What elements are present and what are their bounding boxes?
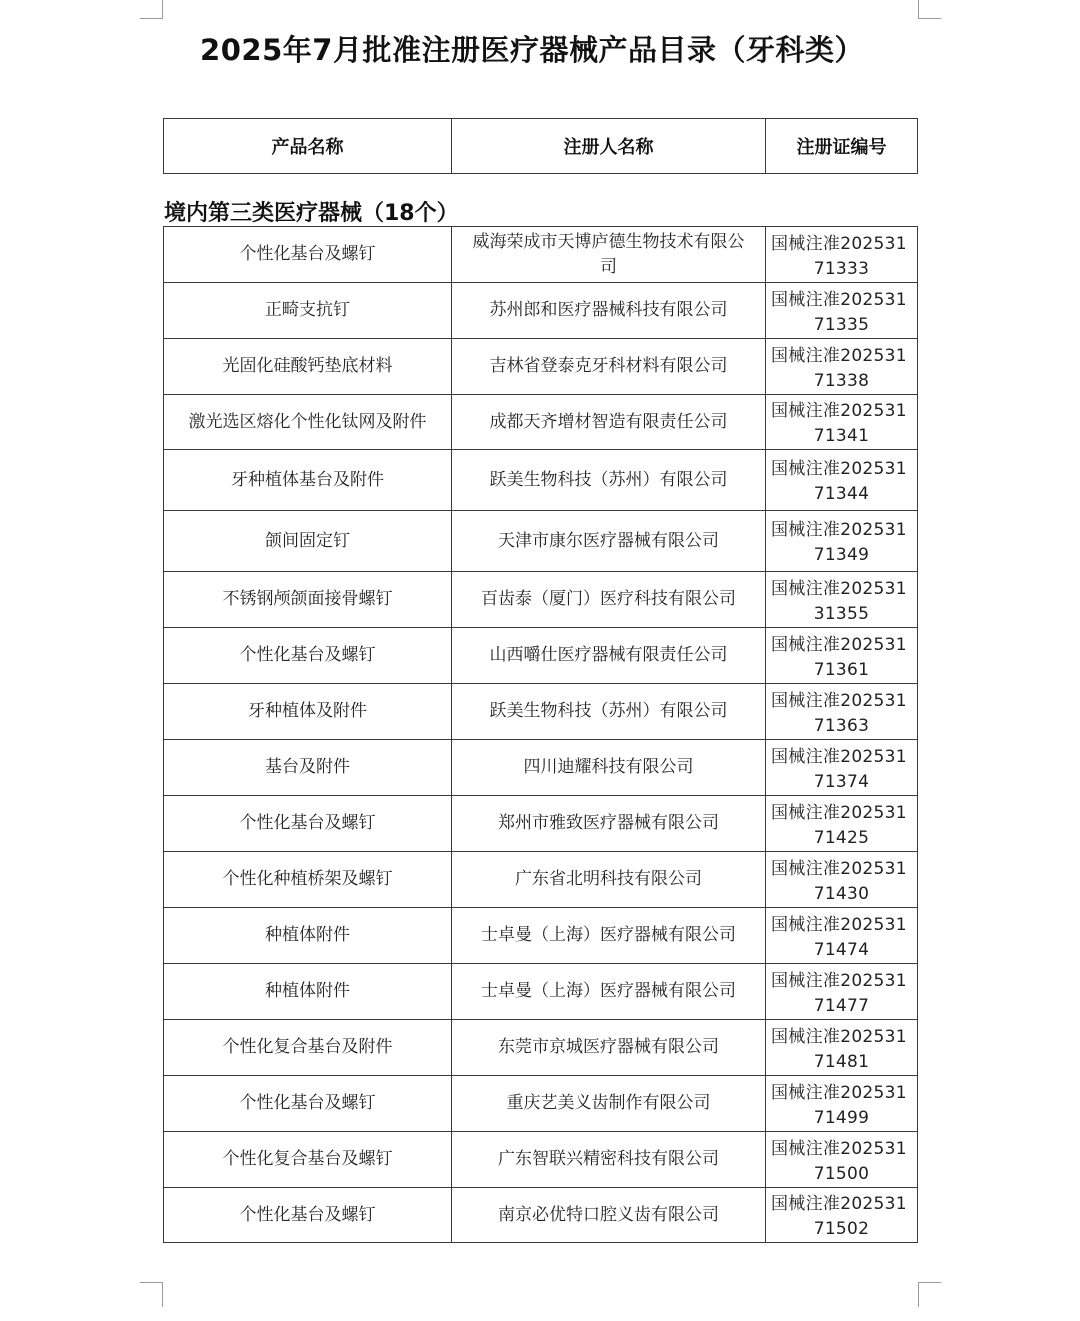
table-row: 个性化种植桥架及螺钉广东省北明科技有限公司国械注准20253171430: [164, 852, 918, 908]
column-header-row: 产品名称 注册人名称 注册证编号: [164, 119, 918, 174]
certificate-number-suffix: 71349: [768, 543, 915, 568]
certificate-number-cell: 国械注准20253171430: [766, 852, 918, 908]
table-row: 牙种植体基台及附件跃美生物科技（苏州）有限公司国械注准20253171344: [164, 450, 918, 511]
certificate-number-cell: 国械注准20253171481: [766, 1020, 918, 1076]
column-header-certificate-number: 注册证编号: [766, 119, 918, 174]
certificate-number-suffix: 71361: [768, 658, 915, 683]
document-title: 2025年7月批准注册医疗器械产品目录（牙科类）: [0, 28, 1064, 69]
certificate-number-suffix: 71502: [768, 1217, 915, 1242]
certificate-number-cell: 国械注准20253171344: [766, 450, 918, 511]
registrant-name-cell: 威海荣成市天博庐德生物技术有限公司: [452, 227, 766, 283]
product-name-cell: 光固化硅酸钙垫底材料: [164, 339, 452, 395]
table-row: 种植体附件士卓曼（上海）医疗器械有限公司国械注准20253171477: [164, 964, 918, 1020]
product-name-cell: 激光选区熔化个性化钛网及附件: [164, 395, 452, 450]
certificate-number-prefix: 国械注准202531: [768, 1081, 915, 1106]
page-corner-mark-bottom-right: [918, 1282, 941, 1307]
certificate-number-suffix: 71425: [768, 826, 915, 851]
table-row: 颌间固定钉天津市康尔医疗器械有限公司国械注准20253171349: [164, 511, 918, 572]
certificate-number-cell: 国械注准20253171499: [766, 1076, 918, 1132]
registrant-name-cell: 天津市康尔医疗器械有限公司: [452, 511, 766, 572]
certificate-number-suffix: 71363: [768, 714, 915, 739]
certificate-number-suffix: 71374: [768, 770, 915, 795]
product-name-cell: 牙种植体基台及附件: [164, 450, 452, 511]
table-row: 个性化基台及螺钉南京必优特口腔义齿有限公司国械注准20253171502: [164, 1188, 918, 1243]
certificate-number-prefix: 国械注准202531: [768, 1192, 915, 1217]
table-row: 个性化基台及螺钉威海荣成市天博庐德生物技术有限公司国械注准20253171333: [164, 227, 918, 283]
product-name-cell: 颌间固定钉: [164, 511, 452, 572]
certificate-number-suffix: 71500: [768, 1162, 915, 1187]
table-row: 个性化基台及螺钉重庆艺美义齿制作有限公司国械注准20253171499: [164, 1076, 918, 1132]
table-row: 激光选区熔化个性化钛网及附件成都天齐增材智造有限责任公司国械注准20253171…: [164, 395, 918, 450]
registrant-name-cell: 苏州郎和医疗器械科技有限公司: [452, 283, 766, 339]
registrant-name-cell: 跃美生物科技（苏州）有限公司: [452, 684, 766, 740]
registrant-name-cell: 南京必优特口腔义齿有限公司: [452, 1188, 766, 1243]
section-title: 境内第三类医疗器械（18个）: [164, 196, 459, 227]
column-header-product-name: 产品名称: [164, 119, 452, 174]
table-row: 不锈钢颅颌面接骨螺钉百齿泰（厦门）医疗科技有限公司国械注准20253131355: [164, 572, 918, 628]
certificate-number-suffix: 71474: [768, 938, 915, 963]
certificate-number-prefix: 国械注准202531: [768, 801, 915, 826]
table-row: 个性化复合基台及螺钉广东智联兴精密科技有限公司国械注准20253171500: [164, 1132, 918, 1188]
certificate-number-cell: 国械注准20253171341: [766, 395, 918, 450]
registrant-name-cell: 士卓曼（上海）医疗器械有限公司: [452, 908, 766, 964]
product-name-cell: 个性化基台及螺钉: [164, 1076, 452, 1132]
registrant-name-cell: 郑州市雅致医疗器械有限公司: [452, 796, 766, 852]
certificate-number-cell: 国械注准20253171477: [766, 964, 918, 1020]
table-row: 正畸支抗钉苏州郎和医疗器械科技有限公司国械注准20253171335: [164, 283, 918, 339]
certificate-number-prefix: 国械注准202531: [768, 518, 915, 543]
certificate-number-prefix: 国械注准202531: [768, 457, 915, 482]
certificate-number-cell: 国械注准20253171335: [766, 283, 918, 339]
certificate-number-suffix: 71481: [768, 1050, 915, 1075]
certificate-number-prefix: 国械注准202531: [768, 399, 915, 424]
certificate-number-prefix: 国械注准202531: [768, 288, 915, 313]
registrant-name-cell: 广东智联兴精密科技有限公司: [452, 1132, 766, 1188]
product-name-cell: 牙种植体及附件: [164, 684, 452, 740]
certificate-number-suffix: 71430: [768, 882, 915, 907]
certificate-number-suffix: 71333: [768, 257, 915, 282]
certificate-number-prefix: 国械注准202531: [768, 969, 915, 994]
certificate-number-cell: 国械注准20253171500: [766, 1132, 918, 1188]
page-corner-mark-top-right: [918, 0, 941, 19]
product-name-cell: 正畸支抗钉: [164, 283, 452, 339]
registrant-name-cell: 成都天齐增材智造有限责任公司: [452, 395, 766, 450]
registrant-name-cell: 士卓曼（上海）医疗器械有限公司: [452, 964, 766, 1020]
registrant-name-cell: 广东省北明科技有限公司: [452, 852, 766, 908]
certificate-number-cell: 国械注准20253171333: [766, 227, 918, 283]
registrant-name-cell: 百齿泰（厦门）医疗科技有限公司: [452, 572, 766, 628]
certificate-number-cell: 国械注准20253171474: [766, 908, 918, 964]
product-name-cell: 个性化复合基台及螺钉: [164, 1132, 452, 1188]
product-name-cell: 个性化复合基台及附件: [164, 1020, 452, 1076]
certificate-number-cell: 国械注准20253171349: [766, 511, 918, 572]
registrant-name-cell: 东莞市京城医疗器械有限公司: [452, 1020, 766, 1076]
registrant-name-cell: 吉林省登泰克牙科材料有限公司: [452, 339, 766, 395]
certificate-number-prefix: 国械注准202531: [768, 232, 915, 257]
table-row: 个性化复合基台及附件东莞市京城医疗器械有限公司国械注准20253171481: [164, 1020, 918, 1076]
certificate-number-prefix: 国械注准202531: [768, 745, 915, 770]
registrant-name-cell: 山西嚼仕医疗器械有限责任公司: [452, 628, 766, 684]
product-name-cell: 个性化基台及螺钉: [164, 1188, 452, 1243]
device-list-body: 个性化基台及螺钉威海荣成市天博庐德生物技术有限公司国械注准20253171333…: [164, 227, 918, 1243]
product-name-cell: 个性化基台及螺钉: [164, 227, 452, 283]
certificate-number-prefix: 国械注准202531: [768, 1025, 915, 1050]
registrant-name-cell: 跃美生物科技（苏州）有限公司: [452, 450, 766, 511]
certificate-number-prefix: 国械注准202531: [768, 1137, 915, 1162]
device-list-table: 个性化基台及螺钉威海荣成市天博庐德生物技术有限公司国械注准20253171333…: [163, 226, 918, 1243]
certificate-number-suffix: 71499: [768, 1106, 915, 1131]
page-corner-mark-bottom-left: [140, 1282, 163, 1307]
table-row: 基台及附件四川迪耀科技有限公司国械注准20253171374: [164, 740, 918, 796]
certificate-number-prefix: 国械注准202531: [768, 913, 915, 938]
product-name-cell: 种植体附件: [164, 964, 452, 1020]
certificate-number-prefix: 国械注准202531: [768, 344, 915, 369]
certificate-number-prefix: 国械注准202531: [768, 689, 915, 714]
table-row: 个性化基台及螺钉郑州市雅致医疗器械有限公司国械注准20253171425: [164, 796, 918, 852]
certificate-number-suffix: 31355: [768, 602, 915, 627]
product-name-cell: 种植体附件: [164, 908, 452, 964]
registrant-name-cell: 重庆艺美义齿制作有限公司: [452, 1076, 766, 1132]
certificate-number-suffix: 71341: [768, 424, 915, 449]
certificate-number-prefix: 国械注准202531: [768, 633, 915, 658]
product-name-cell: 个性化基台及螺钉: [164, 796, 452, 852]
certificate-number-cell: 国械注准20253171361: [766, 628, 918, 684]
certificate-number-suffix: 71344: [768, 482, 915, 507]
certificate-number-suffix: 71338: [768, 369, 915, 394]
column-header-table: 产品名称 注册人名称 注册证编号: [163, 118, 918, 174]
certificate-number-suffix: 71477: [768, 994, 915, 1019]
certificate-number-suffix: 71335: [768, 313, 915, 338]
table-row: 牙种植体及附件跃美生物科技（苏州）有限公司国械注准20253171363: [164, 684, 918, 740]
page-corner-mark-top-left: [140, 0, 163, 19]
product-name-cell: 基台及附件: [164, 740, 452, 796]
table-row: 个性化基台及螺钉山西嚼仕医疗器械有限责任公司国械注准20253171361: [164, 628, 918, 684]
product-name-cell: 个性化种植桥架及螺钉: [164, 852, 452, 908]
column-header-registrant-name: 注册人名称: [452, 119, 766, 174]
certificate-number-cell: 国械注准20253171374: [766, 740, 918, 796]
product-name-cell: 个性化基台及螺钉: [164, 628, 452, 684]
certificate-number-cell: 国械注准20253171363: [766, 684, 918, 740]
table-row: 种植体附件士卓曼（上海）医疗器械有限公司国械注准20253171474: [164, 908, 918, 964]
certificate-number-cell: 国械注准20253171502: [766, 1188, 918, 1243]
certificate-number-cell: 国械注准20253171338: [766, 339, 918, 395]
certificate-number-cell: 国械注准20253171425: [766, 796, 918, 852]
table-row: 光固化硅酸钙垫底材料吉林省登泰克牙科材料有限公司国械注准20253171338: [164, 339, 918, 395]
certificate-number-cell: 国械注准20253131355: [766, 572, 918, 628]
certificate-number-prefix: 国械注准202531: [768, 577, 915, 602]
product-name-cell: 不锈钢颅颌面接骨螺钉: [164, 572, 452, 628]
certificate-number-prefix: 国械注准202531: [768, 857, 915, 882]
registrant-name-cell: 四川迪耀科技有限公司: [452, 740, 766, 796]
